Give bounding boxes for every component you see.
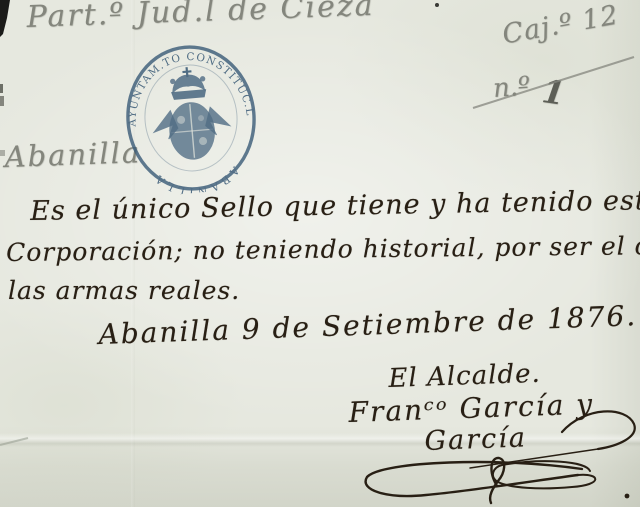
signature-line-2: García (424, 422, 527, 457)
pencil-annotation-numero-label: n.º (492, 71, 531, 104)
scan-artifact-crease-tick (0, 438, 28, 445)
pencil-annotation-numero-value: 1 (540, 72, 567, 113)
municipal-stamp: AYUNTAM.TO CONSTITUC.L ABANILLA (117, 37, 266, 198)
signer-role: El Alcalde. (388, 359, 541, 394)
scan-artifact-edge-mark-2 (0, 96, 4, 106)
body-line-2: Corporación; no teniendo historial, por … (6, 231, 640, 267)
scanned-document: Part.º Jud.l de Cieza Caj.º 12 n.º 1 Aba… (0, 0, 640, 507)
signature-rubric (366, 449, 598, 503)
body-line-3: las armas reales. (8, 276, 240, 305)
ink-dot (625, 494, 630, 499)
pencil-annotation-partido-judicial: Part.º Jud.l de Cieza (26, 0, 375, 35)
pencil-annotation-abanilla: Abanilla (4, 135, 142, 174)
signature-line-1: Franᶜᵒ García y (348, 387, 595, 429)
scan-artifact-speck (435, 3, 439, 7)
dateline: Abanilla 9 de Setiembre de 1876. (98, 299, 638, 351)
body-line-1: Es el único Sello que tiene y ha tenido … (30, 185, 640, 227)
stamp-crown-icon (169, 66, 206, 100)
scan-artifact-edge-mark-1 (0, 84, 3, 93)
pencil-annotation-caja: Caj.º 12 (500, 0, 621, 51)
horizontal-fold-crease (0, 433, 640, 447)
scan-artifact-corner (0, 0, 10, 37)
